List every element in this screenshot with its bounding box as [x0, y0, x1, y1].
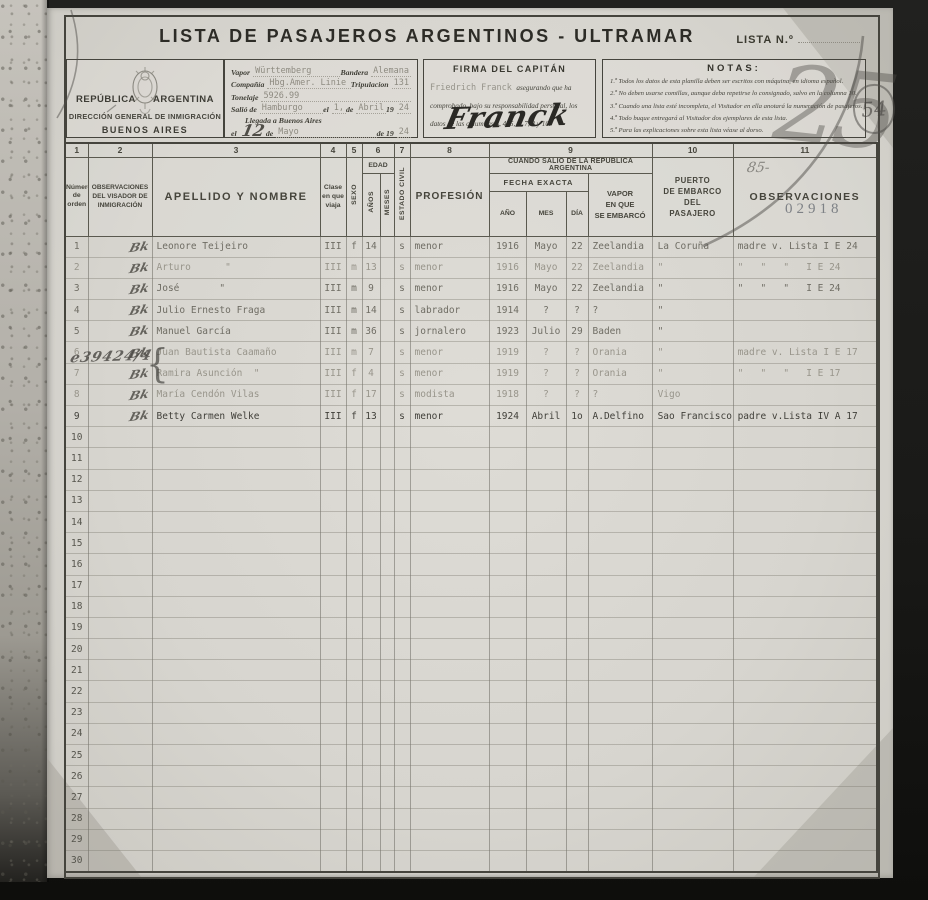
pencil-tick	[107, 105, 116, 112]
passenger-list-page: LISTA DE PASAJEROS ARGENTINOS - ULTRAMAR…	[47, 8, 893, 878]
book-binding-edge	[0, 0, 47, 882]
pencil-stroke-diagonal	[703, 36, 863, 246]
pencil-strokes	[47, 8, 893, 878]
pencil-curve-top-left	[57, 10, 78, 118]
